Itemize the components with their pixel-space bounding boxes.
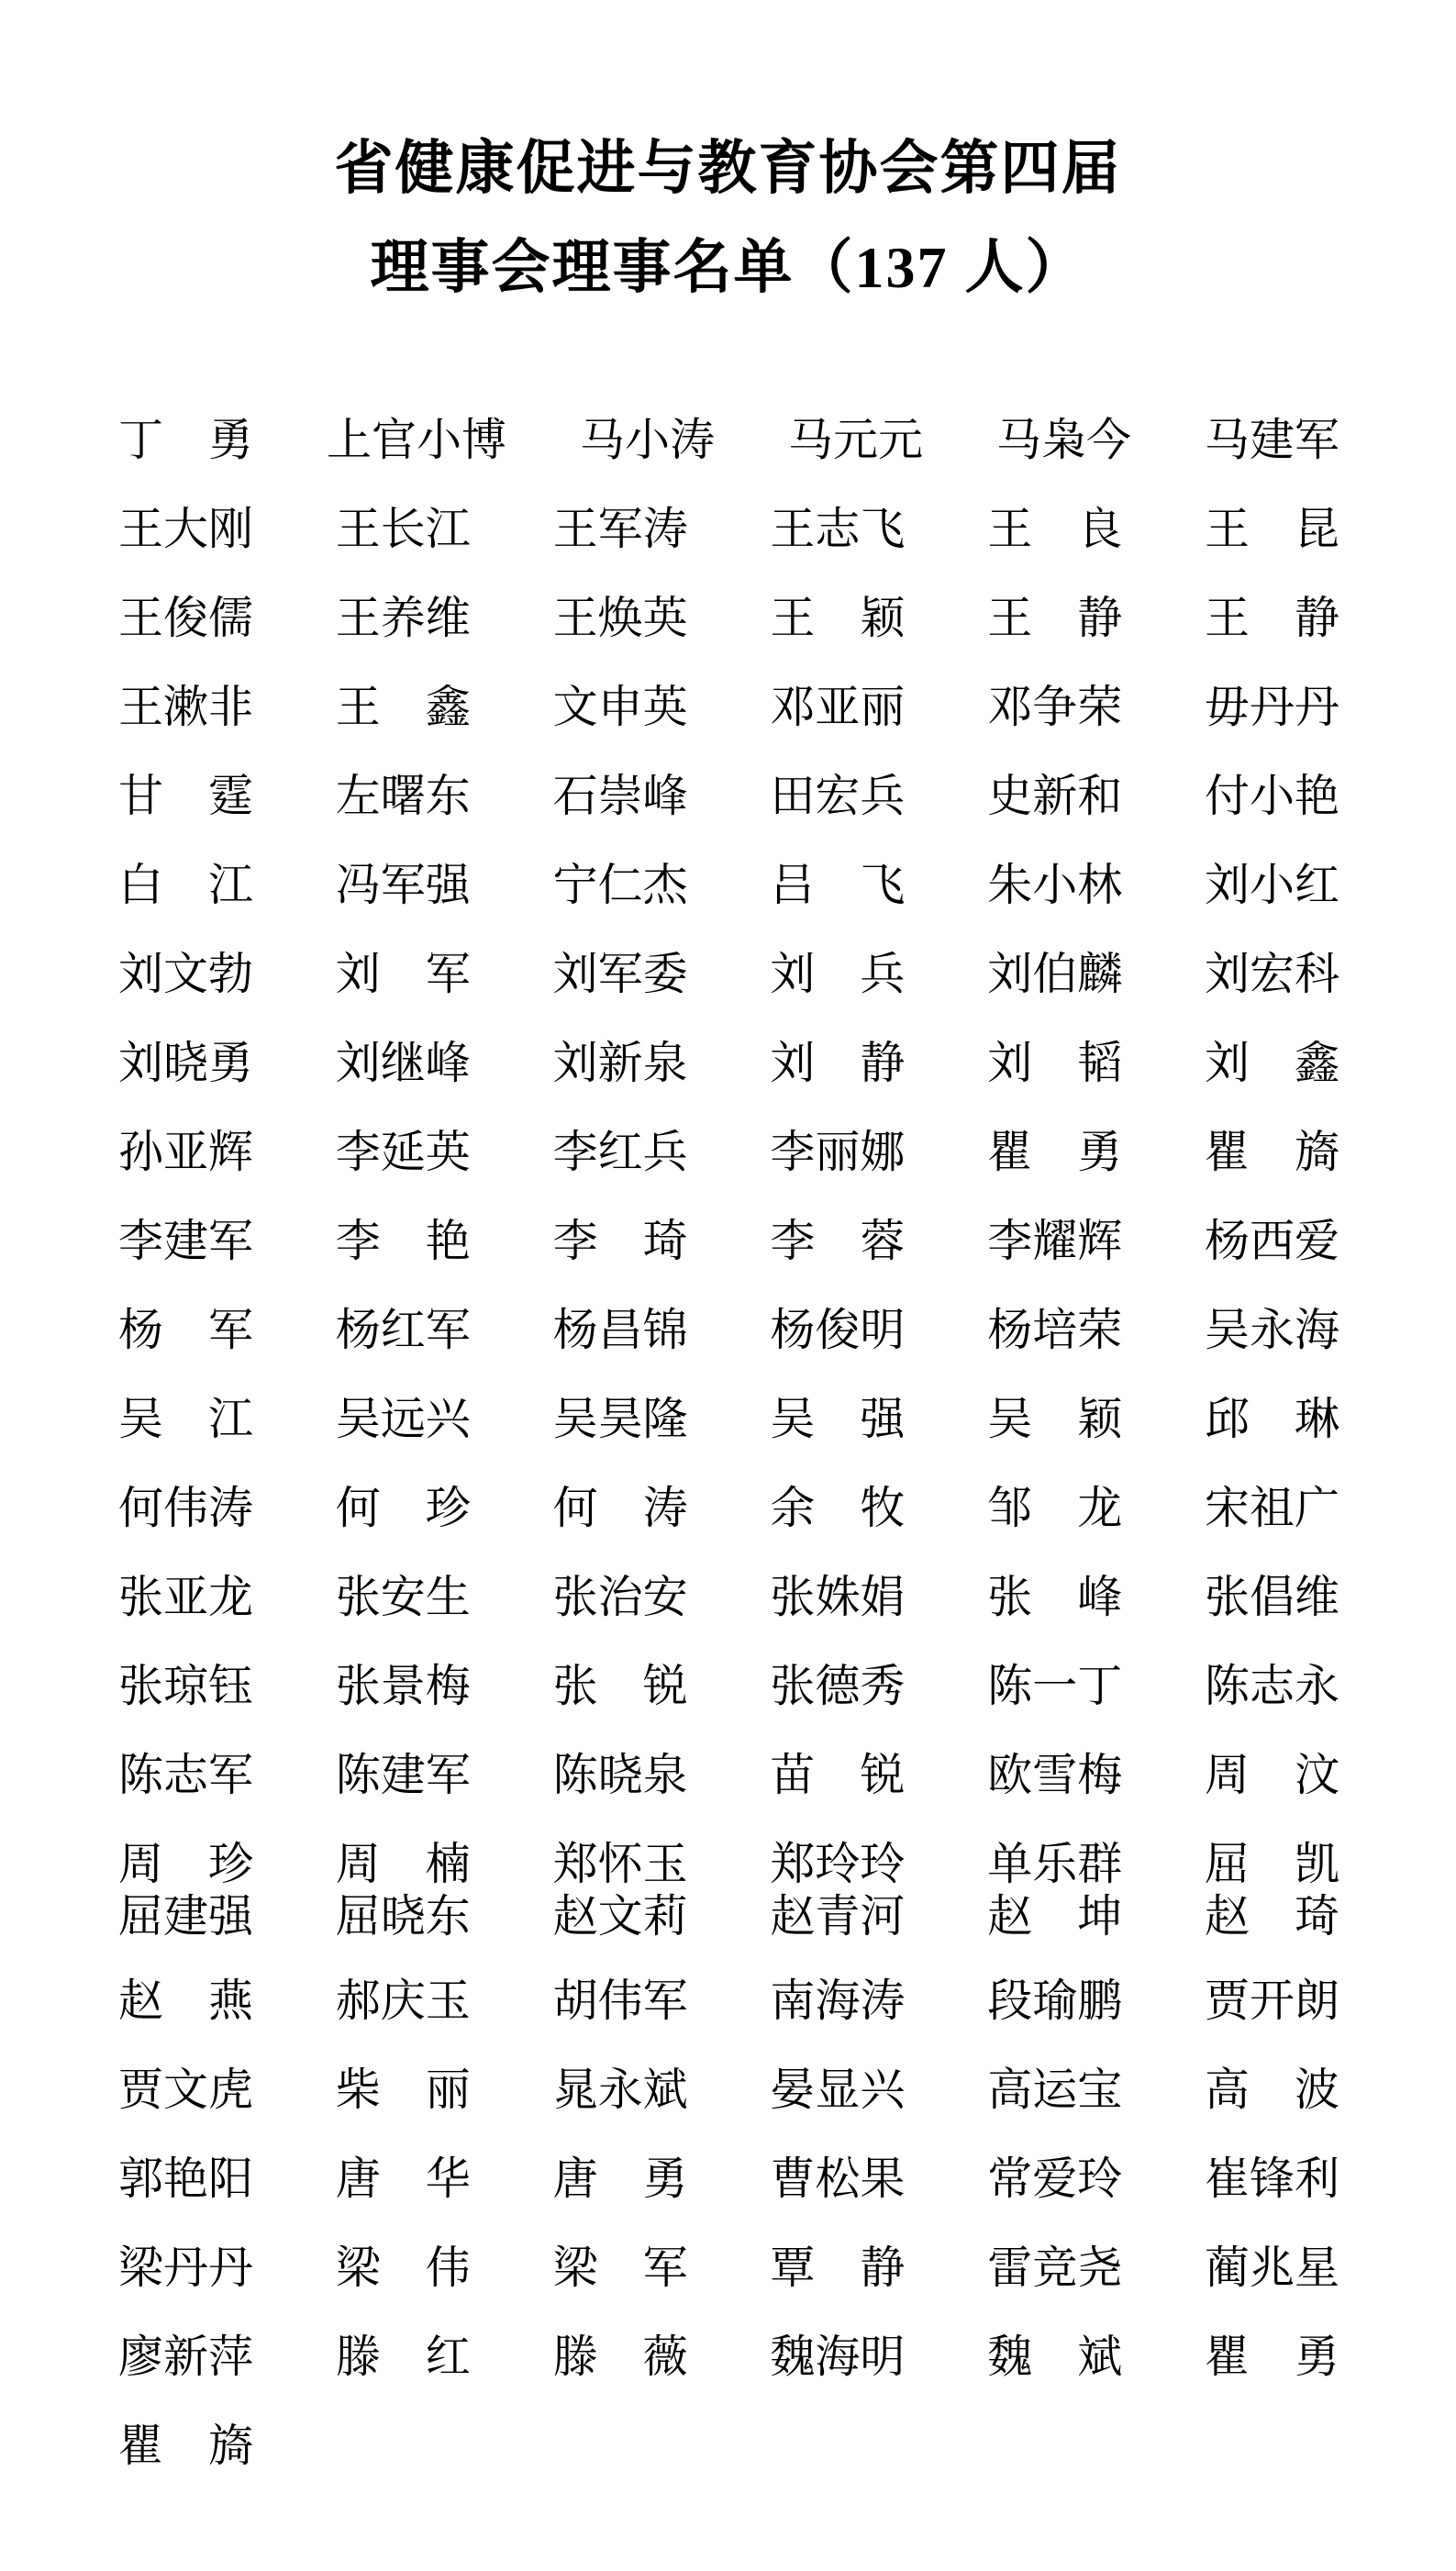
name-cell: 崔锋利 bbox=[1205, 2156, 1339, 2202]
name-cell: 杨培荣 bbox=[987, 1308, 1122, 1353]
name-row: 张亚龙张安生张治安张姝娟张 峰张倡维 bbox=[118, 1575, 1339, 1620]
name-row: 郭艳阳唐 华唐 勇曹松果常爱玲崔锋利 bbox=[118, 2156, 1339, 2202]
name-cell: 陈志军 bbox=[118, 1753, 253, 1798]
name-cell: 朱小林 bbox=[987, 863, 1122, 908]
name-cell: 王俊儒 bbox=[118, 595, 253, 641]
name-row: 孙亚辉李延英李红兵李丽娜瞿 勇瞿 旖 bbox=[118, 1130, 1339, 1175]
name-cell: 吴 颖 bbox=[987, 1397, 1122, 1442]
name-cell: 李红兵 bbox=[553, 1130, 688, 1175]
name-cell: 刘 静 bbox=[770, 1041, 905, 1086]
name-cell: 王 鑫 bbox=[336, 684, 471, 730]
name-cell: 瞿 勇 bbox=[987, 1130, 1122, 1175]
name-row: 刘文勃刘 军刘军委刘 兵刘伯麟刘宏科 bbox=[118, 952, 1339, 997]
name-cell: 田宏兵 bbox=[770, 774, 905, 819]
name-cell: 瞿 勇 bbox=[1205, 2334, 1339, 2380]
name-cell: 余 牧 bbox=[770, 1486, 905, 1531]
name-row: 瞿 旖 bbox=[118, 2423, 1339, 2469]
name-cell: 王 昆 bbox=[1205, 506, 1339, 552]
name-cell: 何 涛 bbox=[553, 1486, 688, 1531]
name-cell: 邓争荣 bbox=[987, 684, 1122, 730]
name-cell: 唐 华 bbox=[336, 2156, 471, 2202]
name-cell: 唐 勇 bbox=[553, 2156, 688, 2202]
name-cell: 刘伯麟 bbox=[987, 952, 1122, 997]
name-cell: 梁 伟 bbox=[336, 2245, 471, 2291]
name-cell: 刘 军 bbox=[336, 952, 471, 997]
name-cell: 陈志永 bbox=[1205, 1664, 1339, 1709]
name-cell: 文申英 bbox=[553, 684, 688, 730]
name-row: 甘 霆左曙东石崇峰田宏兵史新和付小艳 bbox=[118, 774, 1339, 819]
name-cell: 吴永海 bbox=[1205, 1308, 1339, 1353]
name-cell: 李丽娜 bbox=[770, 1130, 905, 1175]
name-row: 廖新萍滕 红滕 薇魏海明魏 斌瞿 勇 bbox=[118, 2334, 1339, 2380]
name-cell: 李延英 bbox=[336, 1130, 471, 1175]
name-cell: 魏海明 bbox=[770, 2334, 905, 2380]
name-cell: 邱 琳 bbox=[1205, 1397, 1339, 1442]
name-cell: 屈晓东 bbox=[336, 1894, 471, 1940]
name-row: 陈志军陈建军陈晓泉苗 锐欧雪梅周 汶 bbox=[118, 1753, 1339, 1798]
name-cell: 梁 军 bbox=[553, 2245, 688, 2291]
name-cell: 张亚龙 bbox=[118, 1575, 253, 1620]
name-cell: 张 峰 bbox=[987, 1575, 1122, 1620]
name-cell: 王焕英 bbox=[553, 595, 688, 641]
name-cell: 段瑜鹏 bbox=[987, 1978, 1122, 2024]
name-row: 屈建强屈晓东赵文莉赵青河赵 坤赵 琦 bbox=[118, 1894, 1339, 1940]
name-cell: 李 蓉 bbox=[770, 1219, 905, 1264]
name-cell: 周 楠 bbox=[336, 1842, 471, 1887]
name-row: 杨 军杨红军杨昌锦杨俊明杨培荣吴永海 bbox=[118, 1308, 1339, 1353]
name-cell: 周 珍 bbox=[118, 1842, 253, 1887]
name-cell: 王志飞 bbox=[770, 506, 905, 552]
name-cell: 王 静 bbox=[987, 595, 1122, 641]
name-cell: 王养维 bbox=[336, 595, 471, 641]
name-cell: 杨西爱 bbox=[1205, 1219, 1339, 1264]
name-cell: 杨 军 bbox=[118, 1308, 253, 1353]
name-cell: 刘 鑫 bbox=[1205, 1041, 1339, 1086]
name-cell: 刘继峰 bbox=[336, 1041, 471, 1086]
name-cell: 张姝娟 bbox=[770, 1575, 905, 1620]
name-row: 何伟涛何 珍何 涛余 牧邹 龙宋祖广 bbox=[118, 1486, 1339, 1531]
name-cell: 滕 红 bbox=[336, 2334, 471, 2380]
name-cell: 吴远兴 bbox=[336, 1397, 471, 1442]
name-cell: 邓亚丽 bbox=[770, 684, 905, 730]
name-row: 刘晓勇刘继峰刘新泉刘 静刘 韬刘 鑫 bbox=[118, 1041, 1339, 1086]
name-cell: 刘 兵 bbox=[770, 952, 905, 997]
name-cell: 杨红军 bbox=[336, 1308, 471, 1353]
name-row: 白 江冯军强宁仁杰吕 飞朱小林刘小红 bbox=[118, 863, 1339, 908]
name-row: 梁丹丹梁 伟梁 军覃 静雷竞尧蔺兆星 bbox=[118, 2245, 1339, 2291]
name-cell: 南海涛 bbox=[770, 1978, 905, 2024]
name-cell: 周 汶 bbox=[1205, 1753, 1339, 1798]
name-cell: 刘文勃 bbox=[118, 952, 253, 997]
name-row: 赵 燕郝庆玉胡伟军南海涛段瑜鹏贾开朗 bbox=[118, 1978, 1339, 2024]
name-row: 张琼钰张景梅张 锐张德秀陈一丁陈志永 bbox=[118, 1664, 1339, 1709]
name-cell: 屈建强 bbox=[118, 1894, 253, 1940]
name-cell: 张倡维 bbox=[1205, 1575, 1339, 1620]
name-cell: 石崇峰 bbox=[553, 774, 688, 819]
name-row: 吴 江吴远兴吴昊隆吴 强吴 颖邱 琳 bbox=[118, 1397, 1339, 1442]
name-cell: 陈一丁 bbox=[987, 1664, 1122, 1709]
name-cell: 白 江 bbox=[118, 863, 253, 908]
name-cell: 上官小博 bbox=[327, 417, 506, 463]
name-cell: 贾开朗 bbox=[1205, 1978, 1339, 2024]
page-title: 省健康促进与教育协会第四届 理事会理事名单（137 人） bbox=[0, 119, 1456, 317]
name-row: 王漱非王 鑫文申英邓亚丽邓争荣毋丹丹 bbox=[118, 684, 1339, 730]
name-cell: 赵 坤 bbox=[987, 1894, 1122, 1940]
name-cell: 冯军强 bbox=[336, 863, 471, 908]
name-cell: 丁 勇 bbox=[118, 417, 253, 463]
name-cell: 贾文虎 bbox=[118, 2067, 253, 2113]
name-cell: 李耀辉 bbox=[987, 1219, 1122, 1264]
name-cell: 赵 琦 bbox=[1205, 1894, 1339, 1940]
name-cell: 宋祖广 bbox=[1205, 1486, 1339, 1531]
name-cell: 苗 锐 bbox=[770, 1753, 905, 1798]
name-cell: 郝庆玉 bbox=[336, 1978, 471, 2024]
name-cell: 张琼钰 bbox=[118, 1664, 253, 1709]
name-cell: 刘小红 bbox=[1205, 863, 1339, 908]
name-cell: 陈建军 bbox=[336, 1753, 471, 1798]
name-cell: 吴 强 bbox=[770, 1397, 905, 1442]
name-cell: 杨俊明 bbox=[770, 1308, 905, 1353]
name-cell: 单乐群 bbox=[987, 1842, 1122, 1887]
name-cell: 毋丹丹 bbox=[1205, 684, 1339, 730]
name-cell: 王长江 bbox=[336, 506, 471, 552]
name-cell: 马元元 bbox=[788, 417, 923, 463]
name-cell: 刘新泉 bbox=[553, 1041, 688, 1086]
name-cell: 赵 燕 bbox=[118, 1978, 253, 2024]
name-cell: 王 颖 bbox=[770, 595, 905, 641]
name-cell: 瞿 旖 bbox=[1205, 1130, 1339, 1175]
name-cell: 蔺兆星 bbox=[1205, 2245, 1339, 2291]
name-cell: 张景梅 bbox=[336, 1664, 471, 1709]
name-cell: 左曙东 bbox=[336, 774, 471, 819]
name-cell: 胡伟军 bbox=[553, 1978, 688, 2024]
name-cell: 梁丹丹 bbox=[118, 2245, 253, 2291]
name-cell: 郭艳阳 bbox=[118, 2156, 253, 2202]
name-cell: 何 珍 bbox=[336, 1486, 471, 1531]
name-cell: 刘晓勇 bbox=[118, 1041, 253, 1086]
name-cell: 雷竞尧 bbox=[987, 2245, 1122, 2291]
name-cell: 王 静 bbox=[1205, 595, 1339, 641]
name-cell: 李 艳 bbox=[336, 1219, 471, 1264]
name-cell: 刘 韬 bbox=[987, 1041, 1122, 1086]
name-row: 王大刚王长江王军涛王志飞王 良王 昆 bbox=[118, 506, 1339, 552]
page-title-line-1: 省健康促进与教育协会第四届 bbox=[0, 119, 1456, 218]
name-cell: 杨昌锦 bbox=[553, 1308, 688, 1353]
name-cell: 吕 飞 bbox=[770, 863, 905, 908]
name-cell: 覃 静 bbox=[770, 2245, 905, 2291]
name-cell: 欧雪梅 bbox=[987, 1753, 1122, 1798]
name-cell: 赵青河 bbox=[770, 1894, 905, 1940]
name-cell: 宁仁杰 bbox=[553, 863, 688, 908]
name-cell: 马小涛 bbox=[580, 417, 715, 463]
name-cell: 马建军 bbox=[1205, 417, 1339, 463]
name-cell: 晏显兴 bbox=[770, 2067, 905, 2113]
name-row: 丁 勇上官小博马小涛马元元马枭今马建军 bbox=[118, 417, 1339, 463]
name-cell: 王漱非 bbox=[118, 684, 253, 730]
name-cell: 屈 凯 bbox=[1205, 1842, 1339, 1887]
name-cell: 吴 江 bbox=[118, 1397, 253, 1442]
name-cell: 曹松果 bbox=[770, 2156, 905, 2202]
name-cell: 常爱玲 bbox=[987, 2156, 1122, 2202]
name-cell: 柴 丽 bbox=[336, 2067, 471, 2113]
name-list: 丁 勇上官小博马小涛马元元马枭今马建军王大刚王长江王军涛王志飞王 良王 昆王俊儒… bbox=[118, 417, 1339, 2512]
name-cell: 李建军 bbox=[118, 1219, 253, 1264]
name-cell: 何伟涛 bbox=[118, 1486, 253, 1531]
name-cell: 李 琦 bbox=[553, 1219, 688, 1264]
name-cell: 郑怀玉 bbox=[553, 1842, 688, 1887]
name-cell: 滕 薇 bbox=[553, 2334, 688, 2380]
name-cell: 张德秀 bbox=[770, 1664, 905, 1709]
name-row: 周 珍周 楠郑怀玉郑玲玲单乐群屈 凯 bbox=[118, 1842, 1339, 1887]
name-cell: 魏 斌 bbox=[987, 2334, 1122, 2380]
name-cell: 孙亚辉 bbox=[118, 1130, 253, 1175]
name-cell: 赵文莉 bbox=[553, 1894, 688, 1940]
name-cell: 史新和 bbox=[987, 774, 1122, 819]
name-cell: 高 波 bbox=[1205, 2067, 1339, 2113]
name-cell: 张 锐 bbox=[553, 1664, 688, 1709]
name-cell: 晁永斌 bbox=[553, 2067, 688, 2113]
name-cell: 吴昊隆 bbox=[553, 1397, 688, 1442]
name-row: 贾文虎柴 丽晁永斌晏显兴高运宝高 波 bbox=[118, 2067, 1339, 2113]
name-cell: 刘军委 bbox=[553, 952, 688, 997]
name-cell: 廖新萍 bbox=[118, 2334, 253, 2380]
name-cell: 王 良 bbox=[987, 506, 1122, 552]
name-row: 李建军李 艳李 琦李 蓉李耀辉杨西爱 bbox=[118, 1219, 1339, 1264]
page-title-line-2: 理事会理事名单（137 人） bbox=[0, 218, 1456, 317]
name-row: 王俊儒王养维王焕英王 颖王 静王 静 bbox=[118, 595, 1339, 641]
name-cell: 郑玲玲 bbox=[770, 1842, 905, 1887]
name-cell: 陈晓泉 bbox=[553, 1753, 688, 1798]
name-cell: 付小艳 bbox=[1205, 774, 1339, 819]
name-cell: 甘 霆 bbox=[118, 774, 253, 819]
name-cell: 高运宝 bbox=[987, 2067, 1122, 2113]
name-cell: 王军涛 bbox=[553, 506, 688, 552]
name-cell: 邹 龙 bbox=[987, 1486, 1122, 1531]
name-cell: 张安生 bbox=[336, 1575, 471, 1620]
name-cell: 张治安 bbox=[553, 1575, 688, 1620]
name-cell: 马枭今 bbox=[996, 417, 1131, 463]
name-cell: 瞿 旖 bbox=[118, 2423, 253, 2469]
name-cell: 刘宏科 bbox=[1205, 952, 1339, 997]
name-cell: 王大刚 bbox=[118, 506, 253, 552]
